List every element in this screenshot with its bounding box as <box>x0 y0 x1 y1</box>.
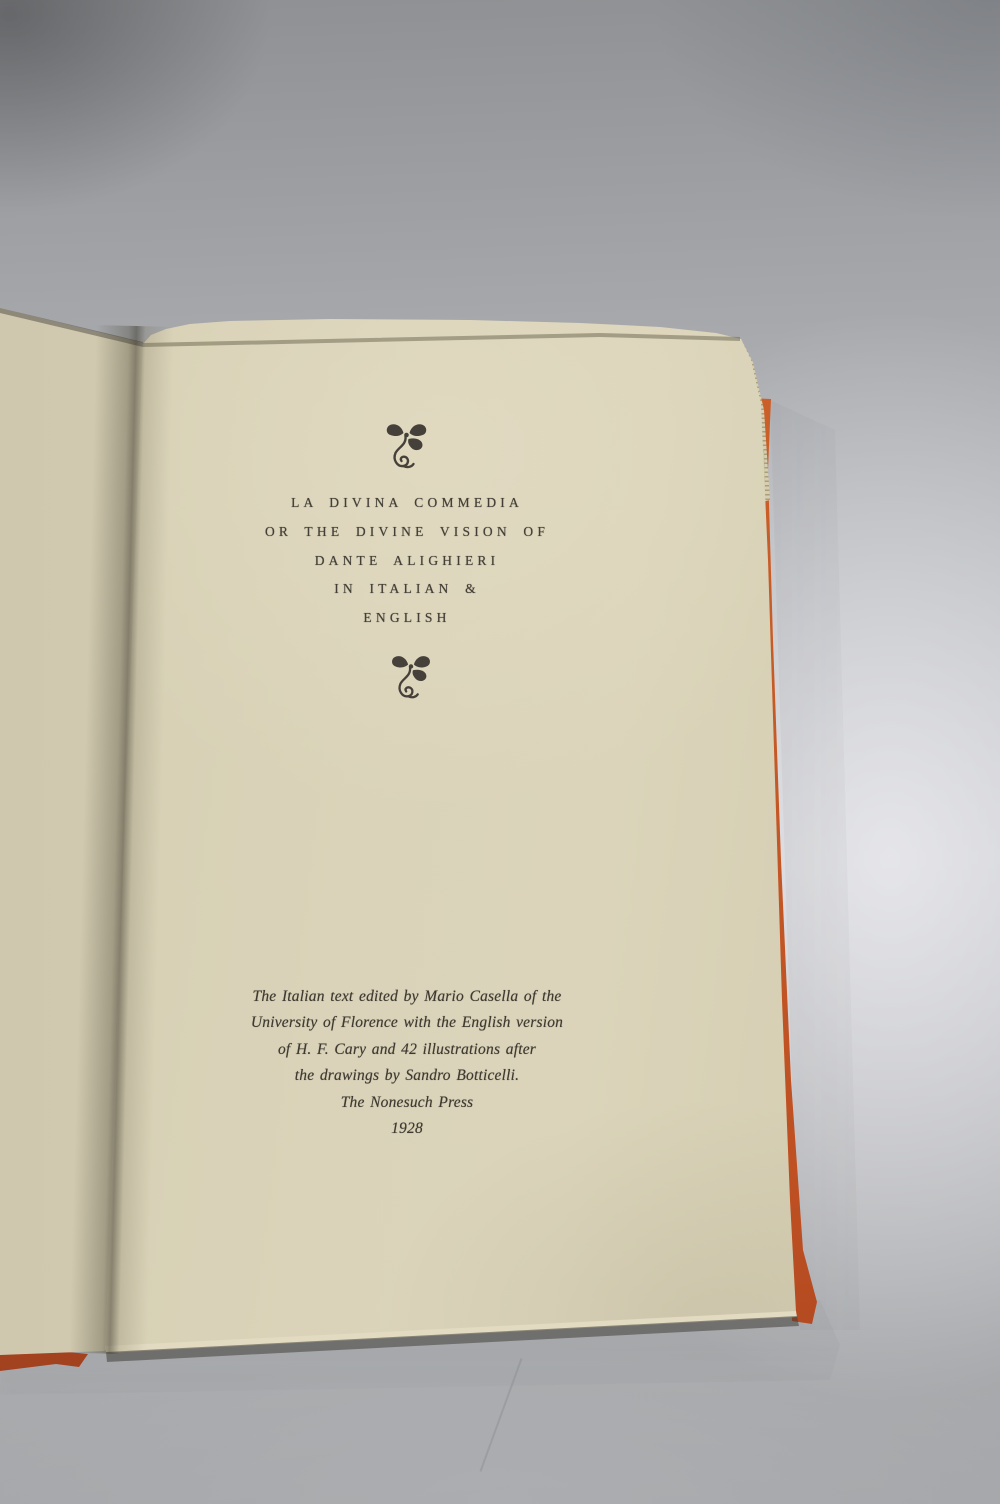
imprint-line: The Italian text edited by Mario Casella… <box>207 984 607 1010</box>
imprint-line: University of Florence with the English … <box>207 1010 607 1036</box>
title-line: DANTE ALIGHIERI <box>207 547 607 576</box>
book-title: LA DIVINA COMMEDIA OR THE DIVINE VISION … <box>207 489 607 633</box>
title-line: OR THE DIVINE VISION OF <box>207 518 607 547</box>
title-line: IN ITALIAN & <box>207 575 607 604</box>
imprint-line: the drawings by Sandro Botticelli. <box>207 1063 607 1089</box>
imprint-year: 1928 <box>207 1116 607 1142</box>
book-photo-scene: LA DIVINA COMMEDIA OR THE DIVINE VISION … <box>0 0 1000 1504</box>
imprint-line: of H. F. Cary and 42 illustrations after <box>207 1037 607 1063</box>
title-line: LA DIVINA COMMEDIA <box>207 489 607 518</box>
imprint-publisher: The Nonesuch Press <box>207 1090 607 1116</box>
title-line: ENGLISH <box>207 604 607 633</box>
imprint: The Italian text edited by Mario Casella… <box>207 984 607 1142</box>
fleuron-icon <box>388 653 434 703</box>
fleuron-icon <box>384 421 429 473</box>
